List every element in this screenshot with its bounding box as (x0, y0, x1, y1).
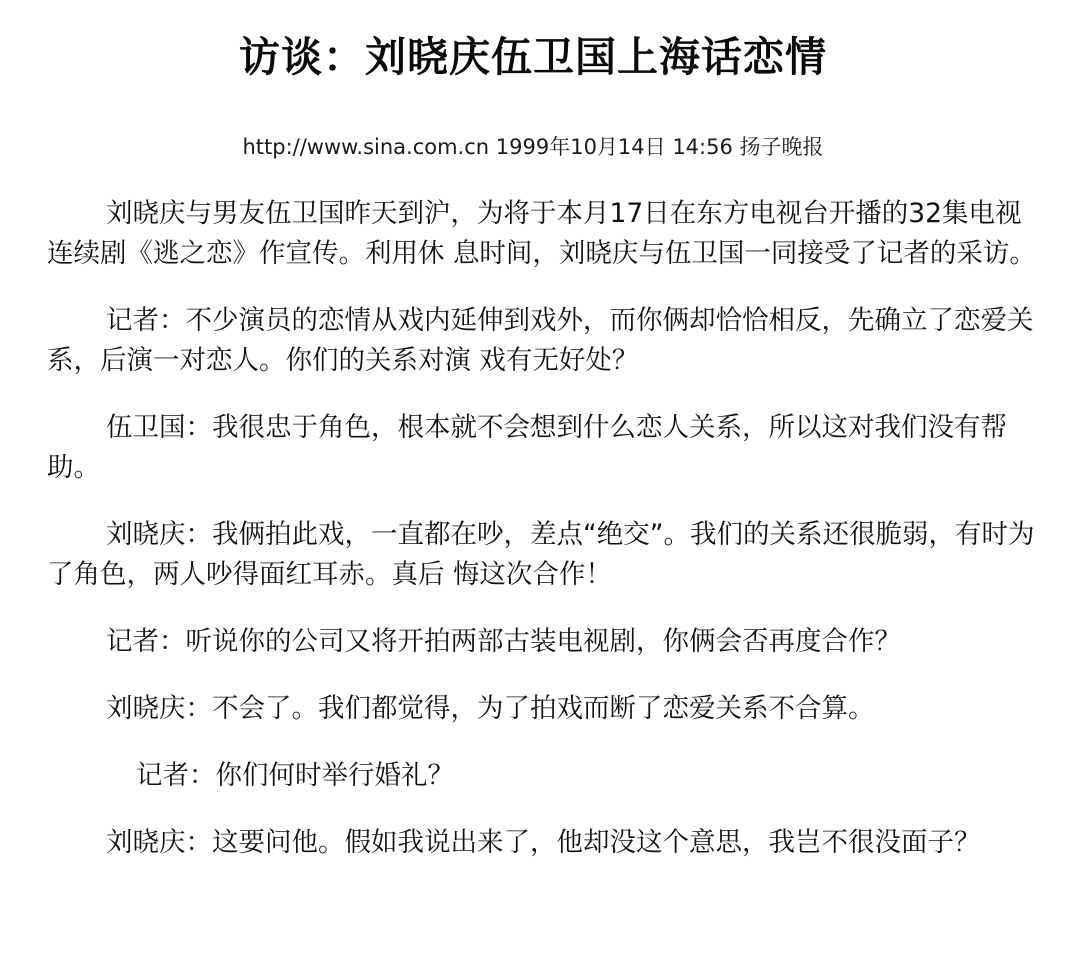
speaker-label: 记者： (106, 305, 186, 336)
qa-paragraph: 记者：听说你的公司又将开拍两部古装电视剧，你俩会否再度合作？ (47, 622, 1037, 662)
speaker-label: 刘晓庆： (106, 827, 212, 858)
intro-paragraph: 刘晓庆与男友伍卫国昨天到沪，为将于本月17日在东方电视台开播的32集电视连续剧《… (47, 194, 1037, 274)
speaker-label: 刘晓庆： (106, 519, 212, 550)
speaker-label: 记者： (136, 760, 216, 791)
speaker-label: 记者： (106, 626, 186, 657)
qa-paragraph: 刘晓庆：不会了。我们都觉得，为了拍戏而断了恋爱关系不合算。 (47, 689, 1037, 729)
speaker-label: 伍卫国： (106, 412, 212, 443)
qa-paragraph: 伍卫国：我很忠于角色，根本就不会想到什么恋人关系，所以这对我们没有帮助。 (47, 408, 1037, 488)
paragraph-text: 你们何时举行婚礼？ (216, 760, 455, 791)
qa-paragraph: 记者：不少演员的恋情从戏内延伸到戏外，而你俩却恰恰相反，先确立了恋爱关系，后演一… (47, 301, 1037, 381)
qa-paragraph: 刘晓庆：这要问他。假如我说出来了，他却没这个意思，我岂不很没面子？ (47, 823, 1037, 863)
paragraph-text: 听说你的公司又将开拍两部古装电视剧，你俩会否再度合作？ (186, 626, 902, 657)
paragraph-text: 刘晓庆与男友伍卫国昨天到沪，为将于本月17日在东方电视台开播的32集电视连续剧《… (47, 198, 1036, 269)
article-body: 刘晓庆与男友伍卫国昨天到沪，为将于本月17日在东方电视台开播的32集电视连续剧《… (47, 194, 1037, 890)
qa-paragraph: 记者：你们何时举行婚礼？ (47, 756, 1037, 796)
paragraph-text: 不会了。我们都觉得，为了拍戏而断了恋爱关系不合算。 (212, 693, 875, 724)
article-title: 访谈：刘晓庆伍卫国上海话恋情 (0, 28, 1066, 86)
paragraph-text: 这要问他。假如我说出来了，他却没这个意思，我岂不很没面子？ (212, 827, 981, 858)
speaker-label: 刘晓庆： (106, 693, 212, 724)
article: 访谈：刘晓庆伍卫国上海话恋情 http://www.sina.com.cn 19… (0, 0, 1066, 970)
source-line: http://www.sina.com.cn 1999年10月14日 14:56… (0, 132, 1066, 162)
qa-paragraph: 刘晓庆：我俩拍此戏，一直都在吵，差点“绝交”。我们的关系还很脆弱，有时为了角色，… (47, 515, 1037, 595)
paragraph-text: 不少演员的恋情从戏内延伸到戏外，而你俩却恰恰相反，先确立了恋爱关系，后演一对恋人… (47, 305, 1034, 376)
